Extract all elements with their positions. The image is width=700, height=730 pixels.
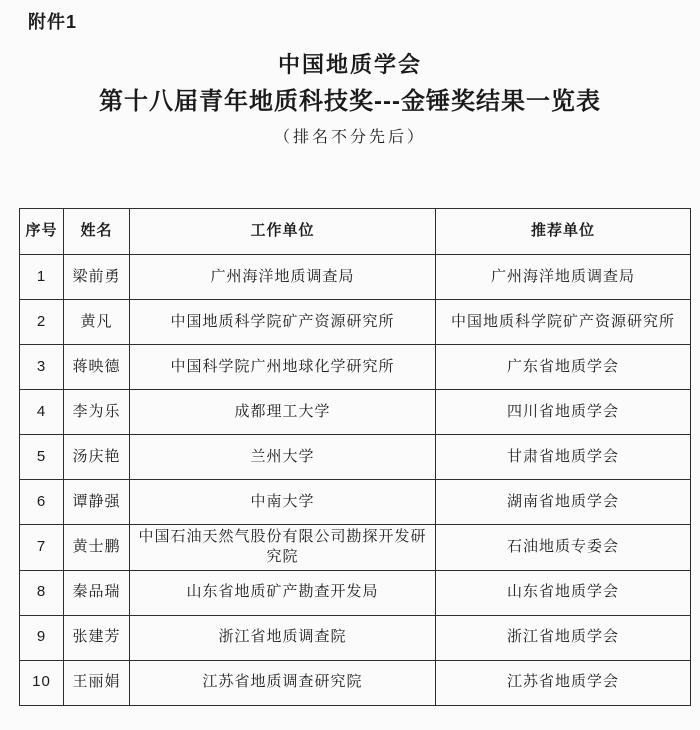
attachment-label: 附件1 bbox=[28, 8, 77, 34]
table-row: 10 王丽娟 江苏省地质调查研究院 江苏省地质学会 bbox=[20, 660, 691, 705]
cell-serial-number: 7 bbox=[20, 525, 64, 571]
cell-work-unit: 广州海洋地质调查局 bbox=[130, 255, 436, 300]
cell-name: 谭静强 bbox=[64, 480, 130, 525]
cell-work-unit: 中国科学院广州地球化学研究所 bbox=[130, 345, 436, 390]
cell-recommending-unit: 广东省地质学会 bbox=[436, 345, 691, 390]
cell-work-unit: 中南大学 bbox=[130, 480, 436, 525]
table-row: 6 谭静强 中南大学 湖南省地质学会 bbox=[20, 480, 691, 525]
cell-name: 张建芳 bbox=[64, 615, 130, 660]
table-row: 9 张建芳 浙江省地质调查院 浙江省地质学会 bbox=[20, 615, 691, 660]
cell-serial-number: 1 bbox=[20, 255, 64, 300]
cell-name: 王丽娟 bbox=[64, 660, 130, 705]
cell-recommending-unit: 石油地质专委会 bbox=[436, 525, 691, 571]
cell-name: 李为乐 bbox=[64, 390, 130, 435]
header-cell-recommending-unit: 推荐单位 bbox=[436, 209, 691, 255]
table-row: 3 蒋映德 中国科学院广州地球化学研究所 广东省地质学会 bbox=[20, 345, 691, 390]
header-cell-work-unit: 工作单位 bbox=[130, 209, 436, 255]
cell-work-unit: 山东省地质矿产勘查开发局 bbox=[130, 570, 436, 615]
table-row: 4 李为乐 成都理工大学 四川省地质学会 bbox=[20, 390, 691, 435]
cell-work-unit: 中国石油天然气股份有限公司勘探开发研究院 bbox=[130, 525, 436, 571]
table-row: 1 梁前勇 广州海洋地质调查局 广州海洋地质调查局 bbox=[20, 255, 691, 300]
cell-recommending-unit: 湖南省地质学会 bbox=[436, 480, 691, 525]
cell-work-unit: 江苏省地质调查研究院 bbox=[130, 660, 436, 705]
cell-serial-number: 5 bbox=[20, 435, 64, 480]
table-row: 7 黄士鹏 中国石油天然气股份有限公司勘探开发研究院 石油地质专委会 bbox=[20, 525, 691, 571]
document-title-organization: 中国地质学会 bbox=[0, 48, 700, 79]
table-row: 2 黄凡 中国地质科学院矿产资源研究所 中国地质科学院矿产资源研究所 bbox=[20, 300, 691, 345]
cell-recommending-unit: 江苏省地质学会 bbox=[436, 660, 691, 705]
scanned-document-page: 附件1 中国地质学会 第十八届青年地质科技奖---金锤奖结果一览表 （排名不分先… bbox=[0, 0, 700, 730]
cell-name: 梁前勇 bbox=[64, 255, 130, 300]
cell-serial-number: 2 bbox=[20, 300, 64, 345]
cell-serial-number: 4 bbox=[20, 390, 64, 435]
table-header-row: 序号 姓名 工作单位 推荐单位 bbox=[20, 209, 691, 255]
table-row: 8 秦品瑞 山东省地质矿产勘查开发局 山东省地质学会 bbox=[20, 570, 691, 615]
cell-serial-number: 6 bbox=[20, 480, 64, 525]
table-row: 5 汤庆艳 兰州大学 甘肃省地质学会 bbox=[20, 435, 691, 480]
cell-name: 黄士鹏 bbox=[64, 525, 130, 571]
document-title-award-list: 第十八届青年地质科技奖---金锤奖结果一览表 bbox=[0, 81, 700, 116]
cell-work-unit: 中国地质科学院矿产资源研究所 bbox=[130, 300, 436, 345]
header-cell-serial-number: 序号 bbox=[20, 209, 64, 255]
cell-name: 蒋映德 bbox=[64, 345, 130, 390]
cell-serial-number: 8 bbox=[20, 570, 64, 615]
cell-recommending-unit: 广州海洋地质调查局 bbox=[436, 255, 691, 300]
cell-name: 黄凡 bbox=[64, 300, 130, 345]
cell-work-unit: 浙江省地质调查院 bbox=[130, 615, 436, 660]
cell-recommending-unit: 甘肃省地质学会 bbox=[436, 435, 691, 480]
cell-name: 秦品瑞 bbox=[64, 570, 130, 615]
award-results-table: 序号 姓名 工作单位 推荐单位 1 梁前勇 广州海洋地质调查局 广州海洋地质调查… bbox=[19, 208, 691, 706]
cell-serial-number: 9 bbox=[20, 615, 64, 660]
document-subtitle-ranking-note: （排名不分先后） bbox=[0, 124, 700, 147]
cell-recommending-unit: 四川省地质学会 bbox=[436, 390, 691, 435]
cell-work-unit: 成都理工大学 bbox=[130, 390, 436, 435]
header-cell-name: 姓名 bbox=[64, 209, 130, 255]
cell-work-unit: 兰州大学 bbox=[130, 435, 436, 480]
cell-recommending-unit: 山东省地质学会 bbox=[436, 570, 691, 615]
cell-serial-number: 3 bbox=[20, 345, 64, 390]
cell-recommending-unit: 浙江省地质学会 bbox=[436, 615, 691, 660]
cell-serial-number: 10 bbox=[20, 660, 64, 705]
cell-name: 汤庆艳 bbox=[64, 435, 130, 480]
cell-recommending-unit: 中国地质科学院矿产资源研究所 bbox=[436, 300, 691, 345]
